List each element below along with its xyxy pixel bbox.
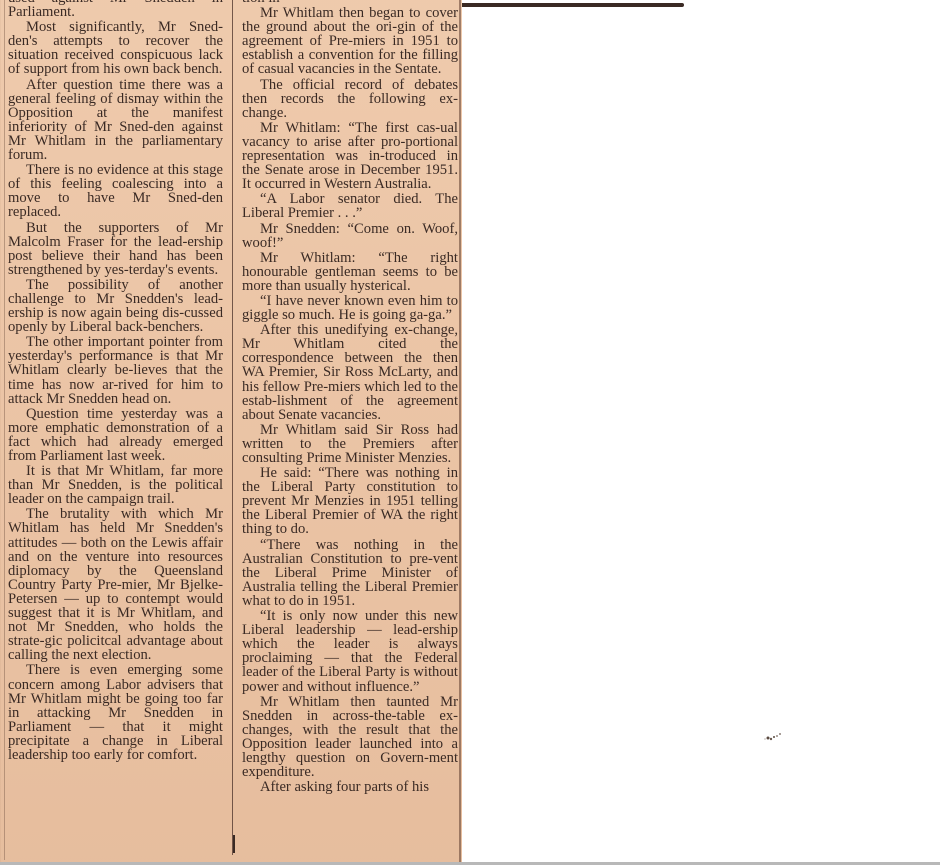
headline-rule <box>462 3 684 7</box>
column-edge-right <box>459 0 461 862</box>
ink-speck <box>762 732 784 742</box>
left-column: used against Mr Snedden in Parliament. M… <box>8 0 223 763</box>
paragraph: Mr Whitlam then taunted Mr Snedden in ac… <box>242 695 458 780</box>
paragraph: The possibility of another challenge to … <box>8 278 223 334</box>
paragraph: The brutality with which Mr Whitlam has … <box>8 507 223 662</box>
paragraph: Mr Whitlam: “The first cas-ual vacancy t… <box>242 121 458 191</box>
paragraph: The other important pointer from yesterd… <box>8 335 223 405</box>
paragraph: After asking four parts of his <box>242 780 458 794</box>
paragraph: Mr Snedden: “Come on. Woof, woof!” <box>242 222 458 250</box>
paragraph: There is no evidence at this stage of th… <box>8 163 223 219</box>
paragraph: Most significantly, Mr Sned-den's attemp… <box>8 20 223 76</box>
paragraph: “There was nothing in the Australian Con… <box>242 538 458 608</box>
paragraph: After this unedifying ex-change, Mr Whit… <box>242 323 458 422</box>
right-column: tion in Mr Whitlam then began to cover t… <box>242 0 458 795</box>
paragraph: Mr Whitlam: “The right honourable gentle… <box>242 251 458 293</box>
column-divider <box>232 0 233 855</box>
paragraph: He said: “There was nothing in the Liber… <box>242 466 458 536</box>
paragraph: Question time yesterday was a more empha… <box>8 407 223 463</box>
paragraph: Mr Whitlam then began to cover the groun… <box>242 6 458 76</box>
paragraph: “It is only now under this new Liberal l… <box>242 609 458 694</box>
paragraph: It is that Mr Whitlam, far more than Mr … <box>8 464 223 506</box>
paragraph: The official record of debates then reco… <box>242 78 458 120</box>
paragraph: After question time there was a general … <box>8 78 223 163</box>
newspaper-clipping: used against Mr Snedden in Parliament. M… <box>0 0 462 862</box>
paragraph: But the supporters of Mr Malcolm Fraser … <box>8 221 223 277</box>
paragraph: “A Labor senator died. The Liberal Premi… <box>242 192 458 220</box>
column-divider-mark <box>233 835 235 853</box>
column-edge-left <box>4 0 5 860</box>
paragraph: used against Mr Snedden in Parliament. <box>8 0 223 19</box>
paragraph: “I have never known even him to giggle s… <box>242 294 458 322</box>
paragraph: There is even emerging some concern amon… <box>8 663 223 762</box>
paragraph: Mr Whitlam said Sir Ross had written to … <box>242 423 458 465</box>
